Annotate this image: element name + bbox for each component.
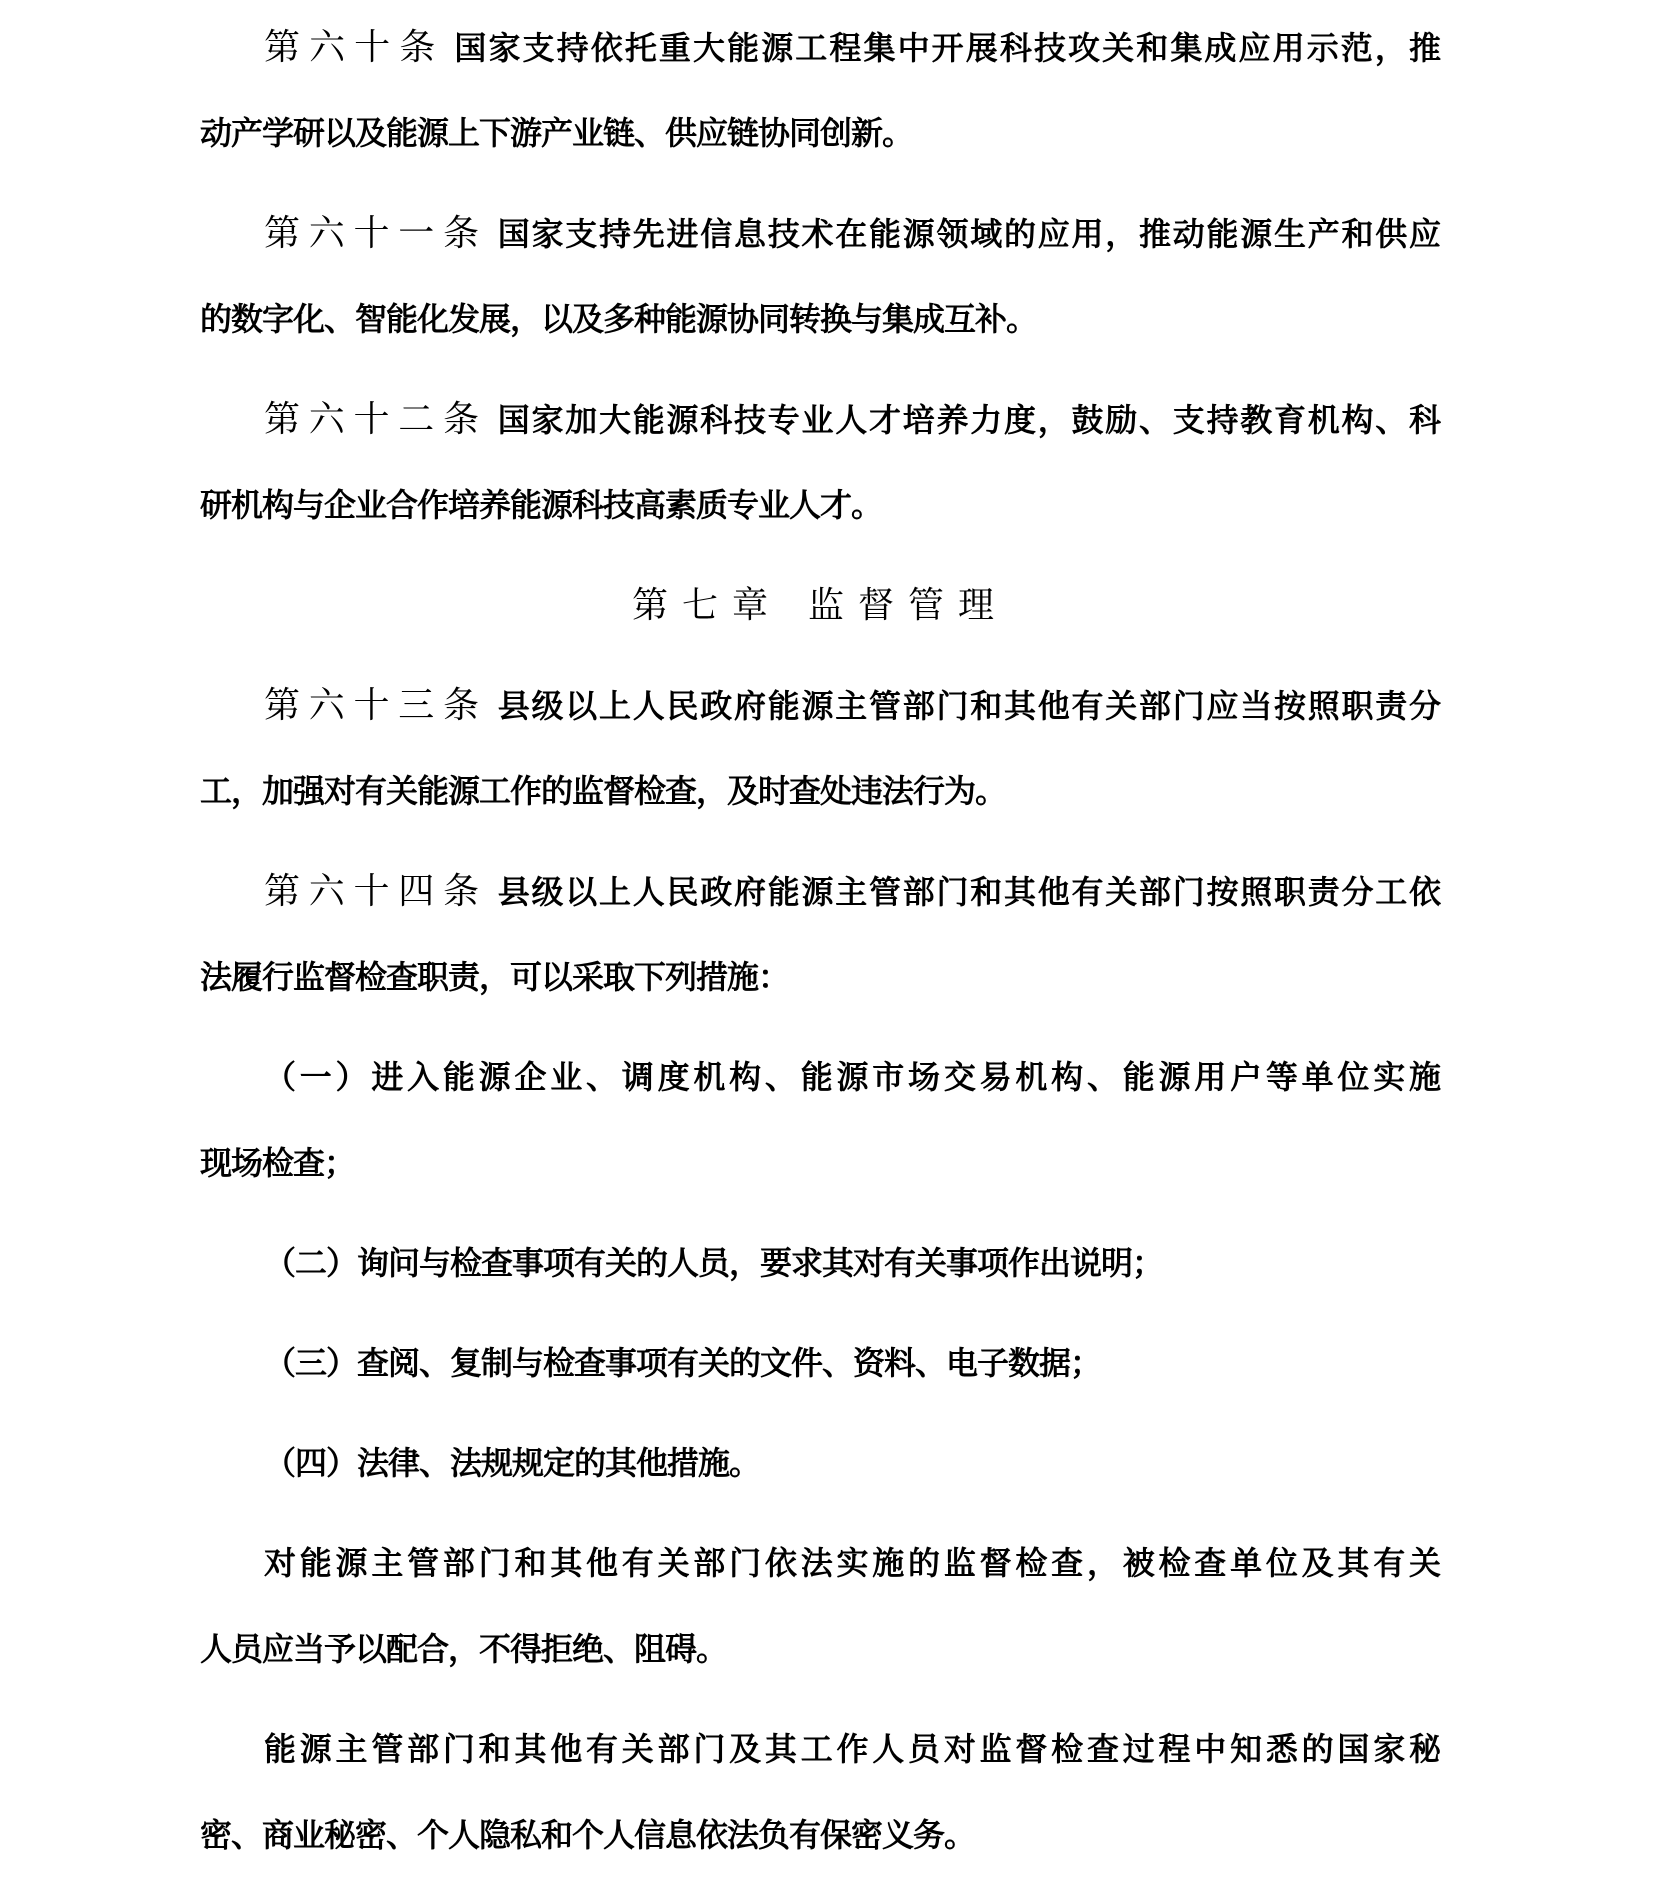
article-number: 第六十条 (264, 27, 444, 67)
article-line: 第六十四条县级以上人民政府能源主管部门和其他有关部门按照职责分工依 (200, 848, 1440, 934)
line-text: 能源主管部门和其他有关部门及其工作人员对监督检查过程中知悉的国家秘 (264, 1731, 1440, 1767)
line-text: 的数字化、智能化发展，以及多种能源协同转换与集成互补。 (200, 301, 1037, 337)
line-text: 密、商业秘密、个人隐私和个人信息依法负有保密义务。 (200, 1817, 975, 1853)
line-text: 国家支持先进信息技术在能源领域的应用，推动能源生产和供应 (498, 216, 1440, 252)
paragraph-line: （三）查阅、复制与检查事项有关的文件、资料、电子数据； (200, 1320, 1440, 1406)
continuation-line: 密、商业秘密、个人隐私和个人信息依法负有保密义务。 (200, 1792, 1440, 1878)
continuation-line: 研机构与企业合作培养能源科技高素质专业人才。 (200, 462, 1440, 548)
line-text: （四）法律、法规规定的其他措施。 (264, 1445, 760, 1481)
article-line: 第六十三条县级以上人民政府能源主管部门和其他有关部门应当按照职责分 (200, 662, 1440, 748)
paragraph-line: （一）进入能源企业、调度机构、能源市场交易机构、能源用户等单位实施 (200, 1034, 1440, 1120)
paragraph-line: （四）法律、法规规定的其他措施。 (200, 1420, 1440, 1506)
continuation-line: 人员应当予以配合，不得拒绝、阻碍。 (200, 1606, 1440, 1692)
line-text: （三）查阅、复制与检查事项有关的文件、资料、电子数据； (264, 1345, 1101, 1381)
article-number: 第六十四条 (264, 871, 488, 911)
chapter-heading: 第七章监督管理 (200, 562, 1440, 648)
line-text: 动产学研以及能源上下游产业链、供应链协同创新。 (200, 115, 913, 151)
article-number: 第六十二条 (264, 399, 488, 439)
line-text: （一）进入能源企业、调度机构、能源市场交易机构、能源用户等单位实施 (264, 1059, 1440, 1095)
paragraph-line: 能源主管部门和其他有关部门及其工作人员对监督检查过程中知悉的国家秘 (200, 1706, 1440, 1792)
continuation-line: 工，加强对有关能源工作的监督检查，及时查处违法行为。 (200, 748, 1440, 834)
line-text: 人员应当予以配合，不得拒绝、阻碍。 (200, 1631, 727, 1667)
continuation-line: 的数字化、智能化发展，以及多种能源协同转换与集成互补。 (200, 276, 1440, 362)
paragraph-line: （二）询问与检查事项有关的人员，要求其对有关事项作出说明； (200, 1220, 1440, 1306)
line-text: 县级以上人民政府能源主管部门和其他有关部门应当按照职责分 (498, 688, 1440, 724)
article-line: 第六十二条国家加大能源科技专业人才培养力度，鼓励、支持教育机构、科 (200, 376, 1440, 462)
article-number: 第六十一条 (264, 213, 488, 253)
line-text: 国家支持依托重大能源工程集中开展科技攻关和集成应用示范，推 (454, 30, 1440, 66)
document-page: 第六十条国家支持依托重大能源工程集中开展科技攻关和集成应用示范，推动产学研以及能… (0, 0, 1653, 1878)
line-text: （二）询问与检查事项有关的人员，要求其对有关事项作出说明； (264, 1245, 1163, 1281)
paragraph-line: 对能源主管部门和其他有关部门依法实施的监督检查，被检查单位及其有关 (200, 1520, 1440, 1606)
line-text: 对能源主管部门和其他有关部门依法实施的监督检查，被检查单位及其有关 (264, 1545, 1440, 1581)
article-line: 第六十条国家支持依托重大能源工程集中开展科技攻关和集成应用示范，推 (200, 4, 1440, 90)
article-line: 第六十一条国家支持先进信息技术在能源领域的应用，推动能源生产和供应 (200, 190, 1440, 276)
line-text: 国家加大能源科技专业人才培养力度，鼓励、支持教育机构、科 (498, 402, 1440, 438)
chapter-number: 第七章 (632, 585, 782, 625)
line-text: 法履行监督检查职责，可以采取下列措施： (200, 959, 789, 995)
continuation-line: 法履行监督检查职责，可以采取下列措施： (200, 934, 1440, 1020)
chapter-title: 监督管理 (808, 585, 1008, 625)
line-text: 工，加强对有关能源工作的监督检查，及时查处违法行为。 (200, 773, 1006, 809)
line-text: 现场检查； (200, 1145, 355, 1181)
line-text: 研机构与企业合作培养能源科技高素质专业人才。 (200, 487, 882, 523)
continuation-line: 动产学研以及能源上下游产业链、供应链协同创新。 (200, 90, 1440, 176)
line-text: 县级以上人民政府能源主管部门和其他有关部门按照职责分工依 (498, 874, 1440, 910)
continuation-line: 现场检查； (200, 1120, 1440, 1206)
article-number: 第六十三条 (264, 685, 488, 725)
